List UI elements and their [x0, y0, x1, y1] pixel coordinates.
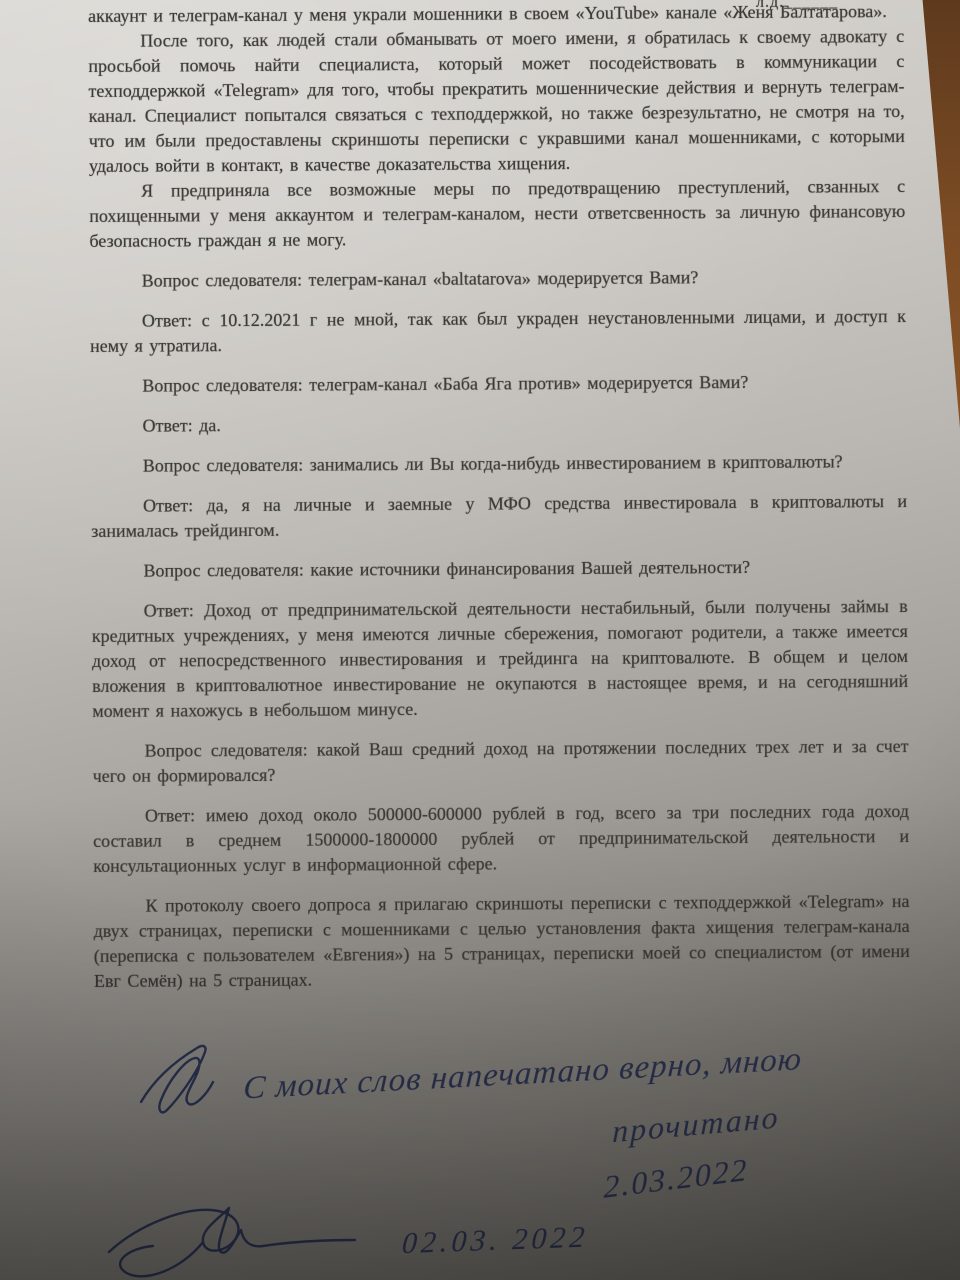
typed-text-block: л.д.______ аккаунт и телеграм-канал у ме…: [88, 0, 910, 994]
handwritten-bottom-date: 02.03. 2022: [401, 1221, 590, 1262]
question-1: Вопрос следователя: телеграм-канал «balt…: [90, 264, 906, 294]
handwritten-read-note: прочитано: [612, 1099, 780, 1151]
paragraph-measures: Я предприняла все возможные меры по пред…: [89, 174, 905, 254]
question-2: Вопрос следователя: телеграм-канал «Баба…: [90, 369, 906, 399]
handwritten-attestation: С моих слов напечатано верно, мною: [242, 1041, 803, 1107]
signature: [103, 1196, 393, 1280]
paragraph-lawyer: После того, как людей стали обманывать о…: [88, 24, 905, 179]
answer-5: Ответ: имею доход около 500000-600000 ру…: [93, 799, 909, 879]
signature-paraph: [133, 1036, 243, 1126]
answer-2: Ответ: да.: [91, 409, 907, 439]
closing-paragraph: К протоколу своего допроса я прилагаю ск…: [93, 889, 910, 994]
question-4: Вопрос следователя: какие источники фина…: [91, 554, 907, 584]
document-photo: л.д.______ аккаунт и телеграм-канал у ме…: [0, 0, 960, 1280]
question-5: Вопрос следователя: какой Ваш средний до…: [92, 734, 908, 789]
answer-4: Ответ: Доход от предпринимательской деят…: [92, 594, 909, 724]
answer-1: Ответ: с 10.12.2021 г не мной, так как б…: [90, 304, 906, 359]
page-ref-label: л.д.______: [756, 0, 838, 15]
paper-sheet: л.д.______ аккаунт и телеграм-канал у ме…: [0, 0, 960, 1280]
question-3: Вопрос следователя: занимались ли Вы ког…: [91, 449, 907, 479]
answer-3: Ответ: да, я на личные и заемные у МФО с…: [91, 489, 907, 544]
handwritten-date: 2.03.2022: [603, 1151, 749, 1206]
